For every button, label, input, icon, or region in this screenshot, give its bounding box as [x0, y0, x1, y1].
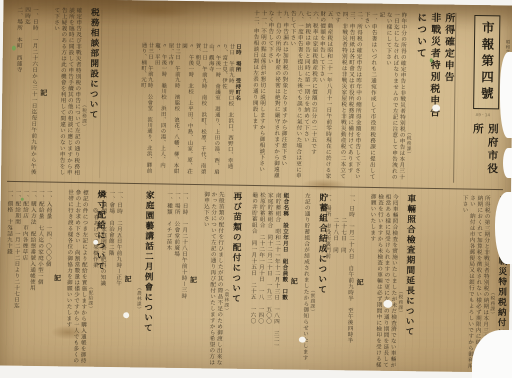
scanned-bulletin-page: 昭和廿二年一月二十三日 市報第四號 A9・14 別府市役所 所得確定申告 非戰災…: [0, 0, 512, 378]
paper-sheet: 昭和廿二年一月二十三日 市報第四號 A9・14 別府市役所 所得確定申告 非戰災…: [0, 0, 512, 373]
paper-tear: [495, 192, 512, 264]
paper-stain: [301, 179, 347, 192]
article-tax-declaration: 所得確定申告 非戰災者特別税申告 について （税務課） 昨年中分の所得の確定申告…: [241, 10, 455, 183]
headline: 貯蓄組合結成について: [314, 193, 328, 369]
headline: 再び苗類の配付について: [228, 192, 242, 368]
damage-spot: [383, 300, 392, 308]
green-fleck: [21, 198, 24, 201]
paper-stain: [51, 325, 85, 339]
schedule-row: 廿一日 午前九時 南校 浜町、松原、千代、南須賀、朝見: [192, 43, 207, 179]
damage-spot: [93, 240, 98, 245]
headline: 税務相談部開設について: [86, 8, 100, 178]
pencil-note: A9・14: [476, 112, 490, 118]
headline: 所得確定申告 非戰災者特別税申告 について: [411, 12, 455, 183]
paper-tear: [500, 52, 512, 138]
article-body: 先般苗類の配付を行ひましたが其の際品不足のため御渡し出來なかった分について左記の…: [199, 191, 224, 367]
article-body: 確定申告及び非戰災者特別税の申告について左記の通り税務相談所を臨時に開設して申告…: [50, 7, 82, 177]
schedule-row: 〃 午後一時 會議室 壽通り、上田の湯、西、扇山、觀海寺: [205, 43, 220, 179]
damage-spot: [432, 104, 440, 111]
article-body: 昨年中分の所得の確定申告と非戰災者特別税の申告は本月三十一日迄にしなければなりま…: [249, 10, 406, 182]
record-list: 一、入荷量 一四、〇〇〇個 一、配給量 七人迄の家庭小型一個 一、購入方法 配給…: [2, 188, 51, 365]
article-body: 今囘車輛照合檢査を實施いたしましたが未だ檢査濟でない車輛が相當ある樣に見受けられ…: [366, 194, 398, 370]
schedule-row: 廿三日 午前九時 公會堂 流川通り、北浜、驛前通り、楠町、元町: [138, 42, 153, 178]
articles-agriculture: 再び苗類の配付について （農林課） 先般苗類の配付を行ひましたが其の際品不足のた…: [108, 190, 242, 368]
schedule-row: 〃 午後一時 北校 上平田、中島、山家、原、荘園: [178, 43, 193, 179]
article-vehicle-check-extension: 車輛照合檢査期間延長について （税務課） 今囘車輛照合檢査を實施いたしましたが未…: [330, 193, 416, 370]
schedule-row: 廿二日 午前九時 濱脇校 浪花、八幡、柳、本紺屋、古市: [165, 43, 180, 179]
damage-spot: [123, 312, 129, 318]
damage-spot: [299, 337, 306, 343]
article-match-ration: 燐寸配給について （配給課） 標記の件につき左記により配給を實施しますから購入通…: [2, 188, 106, 365]
article-tax-consultation-office: 税務相談部開設について （税務課） 確定申告及び非戰災者特別税の申告について左記…: [4, 6, 100, 177]
green-fleck: [430, 58, 433, 62]
headline: 車輛照合檢査期間延長について: [402, 194, 416, 370]
masthead-title-box: 市報第四號: [473, 15, 500, 109]
publisher: 別府市役所: [470, 123, 501, 183]
masthead-title: 市報第四號: [479, 21, 495, 103]
article-seedling-distribution: 再び苗類の配付について （農林課） 先般苗類の配付を行ひましたが其の際品不足のた…: [162, 191, 243, 368]
schedule-row: 廿日 午前九時 野口校 北浜口、西野口、幸通り、富士見、伊佐: [219, 43, 234, 179]
record-heading: 記: [185, 191, 201, 367]
paper-stain: [123, 2, 193, 19]
headline: 燐寸配給について: [92, 190, 106, 366]
record-list: 一、日時 一月二十六日から三十一日迄毎日午前九時から午後四時迄 二、場所 本町 …: [12, 7, 38, 177]
schedule-row: 〃 午後一時 龜川校 浜田、四の湯、上人、内竈、平田: [151, 43, 166, 179]
headline: 家庭園藝講話二月例會について: [141, 190, 155, 366]
consultation-schedule-table: 日時 場所 受持町名 廿日 午前九時 野口校 北浜口、西野口、幸通り、富士見、伊…: [101, 42, 241, 180]
green-fleck: [12, 46, 16, 51]
record-list: 一、日時 一月二十八日午前十時ー三時 一、場所 公會堂前廣場 一、種類 イチゴ苗…: [162, 191, 188, 367]
paper-tear: [503, 148, 512, 178]
article-savings-associations: 貯蓄組合結成について （實踐課） 左記の通り貯蓄組合が結成されましたから御知らせ…: [244, 192, 328, 369]
